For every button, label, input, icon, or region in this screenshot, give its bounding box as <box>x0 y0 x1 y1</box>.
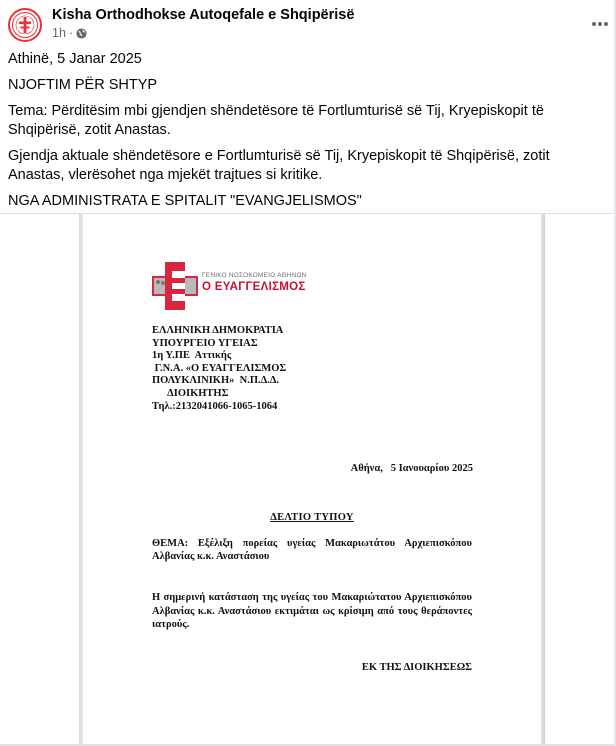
logo-name: Ο ΕΥΑΓΓΕΛΙΣΜΟΣ <box>202 281 306 293</box>
page-name-link[interactable]: Kisha Orthodhokse Autoqefale e Shqipëris… <box>52 7 354 23</box>
dot <box>598 22 602 26</box>
document-body: Η σημερινή κατάσταση της υγείας του Μακα… <box>152 591 472 632</box>
meta-separator: · <box>69 26 73 40</box>
facebook-post-card: Kisha Orthodhokse Autoqefale e Shqipëris… <box>0 0 616 746</box>
post-paragraph-subject: Tema: Përditësim mbi gjendjen shëndetëso… <box>8 102 608 140</box>
authority-line: ΕΛΛΗΝΙΚΗ ΔΗΜΟΚΡΑΤΙΑ <box>152 325 286 338</box>
post-timestamp[interactable]: 1h <box>52 26 66 40</box>
page-avatar[interactable] <box>8 8 42 42</box>
authority-line: 1η Υ.ΠΕ Αττικής <box>152 350 286 363</box>
authority-line: ΔΙΟΙΚΗΤΗΣ <box>152 388 286 401</box>
authority-phone: Τηλ.:2132041066-1065-1064 <box>152 401 286 414</box>
post-paragraph-signature: NGA ADMINISTRATA E SPITALIT "EVANGJELISM… <box>8 192 608 211</box>
post-message: Athinë, 5 Janar 2025 NJOFTIM PËR SHTYP T… <box>8 50 608 218</box>
dot <box>604 22 608 26</box>
post-paragraph-date: Athinë, 5 Janar 2025 <box>8 50 608 69</box>
logo-subtitle: ΓΕΝΙΚΟ ΝΟΣΟΚΟΜΕΙΟ ΑΘΗΝΩΝ <box>202 272 306 279</box>
document-title: ΔΕΛΤΙΟ ΤΥΠΟΥ <box>83 512 541 523</box>
page-edge-right <box>541 214 545 744</box>
post-meta: 1h · <box>52 26 87 40</box>
orthodox-cross-icon <box>11 11 39 39</box>
document-signature: ΕΚ ΤΗΣ ΔΙΟΙΚΗΣΕΩΣ <box>362 662 472 673</box>
dot <box>592 22 596 26</box>
document-subject: ΘΕΜΑ: Εξέλιξη πορείας υγείας Μακαριωτάτο… <box>152 537 472 563</box>
hospital-logo: ΓΕΝΙΚΟ ΝΟΣΟΚΟΜΕΙΟ ΑΘΗΝΩΝ Ο ΕΥΑΓΓΕΛΙΣΜΟΣ <box>152 262 312 312</box>
post-header: Kisha Orthodhokse Autoqefale e Shqipëris… <box>0 0 614 44</box>
globe-icon[interactable] <box>76 28 87 39</box>
authority-line: Γ.Ν.Α. «Ο ΕΥΑΓΓΕΛΙΣΜΟΣ <box>152 363 286 376</box>
post-paragraph-body: Gjendja aktuale shëndetësore e Fortlumtu… <box>8 147 608 185</box>
authority-block: ΕΛΛΗΝΙΚΗ ΔΗΜΟΚΡΑΤΙΑ ΥΠΟΥΡΓΕΙΟ ΥΓΕΙΑΣ 1η … <box>152 325 286 413</box>
post-paragraph-heading: NJOFTIM PËR SHTYP <box>8 76 608 95</box>
press-release-document: ΓΕΝΙΚΟ ΝΟΣΟΚΟΜΕΙΟ ΑΘΗΝΩΝ Ο ΕΥΑΓΓΕΛΙΣΜΟΣ … <box>83 214 541 744</box>
authority-line: ΥΠΟΥΡΓΕΙΟ ΥΓΕΙΑΣ <box>152 338 286 351</box>
more-options-icon[interactable] <box>588 14 612 34</box>
hospital-cross-icon <box>152 262 198 310</box>
authority-line: ΠΟΛΥΚΛΙΝΙΚΗ» Ν.Π.Δ.Δ. <box>152 375 286 388</box>
document-date: Αθήνα, 5 Ιανουαρίου 2025 <box>351 463 473 474</box>
